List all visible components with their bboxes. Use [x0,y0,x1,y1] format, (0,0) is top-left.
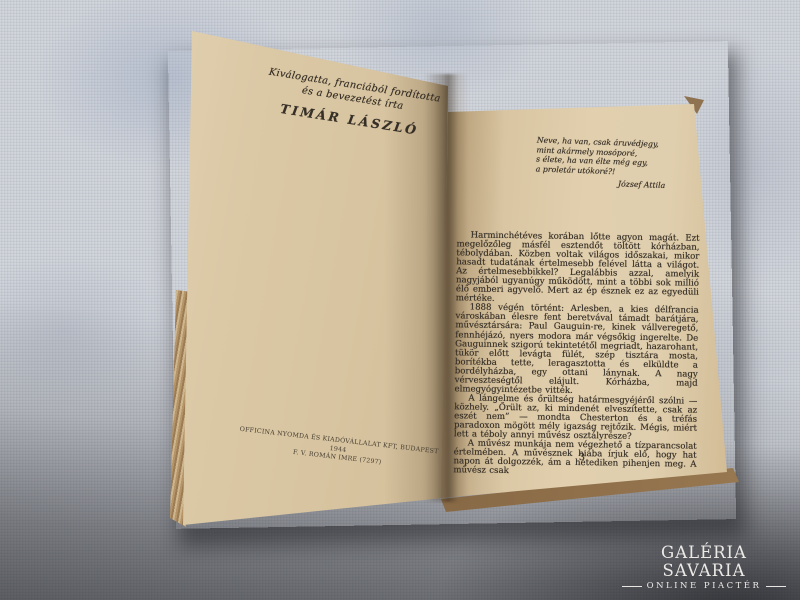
watermark-title: GALÉRIA SAVARIA [618,544,790,580]
body-paragraph: 1888 végén történt: Arlesben, a kies dél… [454,304,698,398]
watermark-subtitle: ONLINE PIACTÉR [647,580,762,592]
epigraph-block: Neve, ha van, csak áruvédjegy, mint akár… [535,136,681,192]
body-text-block: Harminchétéves korában lőtte agyon magát… [453,231,699,479]
photo-open-book-scene: Kiválogatta, franciából fordította és a … [0,0,800,600]
body-paragraph: Harminchétéves korában lőtte agyon magát… [456,231,700,307]
watermark: GALÉRIA SAVARIA ONLINE PIACTÉR [618,544,790,592]
watermark-divider-line [766,586,786,587]
watermark-subtitle-row: ONLINE PIACTÉR [618,580,790,592]
body-paragraph: A lángelme és őrültség határmesgyéjéről … [454,394,698,443]
page-number: 3 [570,452,594,463]
watermark-divider-line [622,586,642,587]
